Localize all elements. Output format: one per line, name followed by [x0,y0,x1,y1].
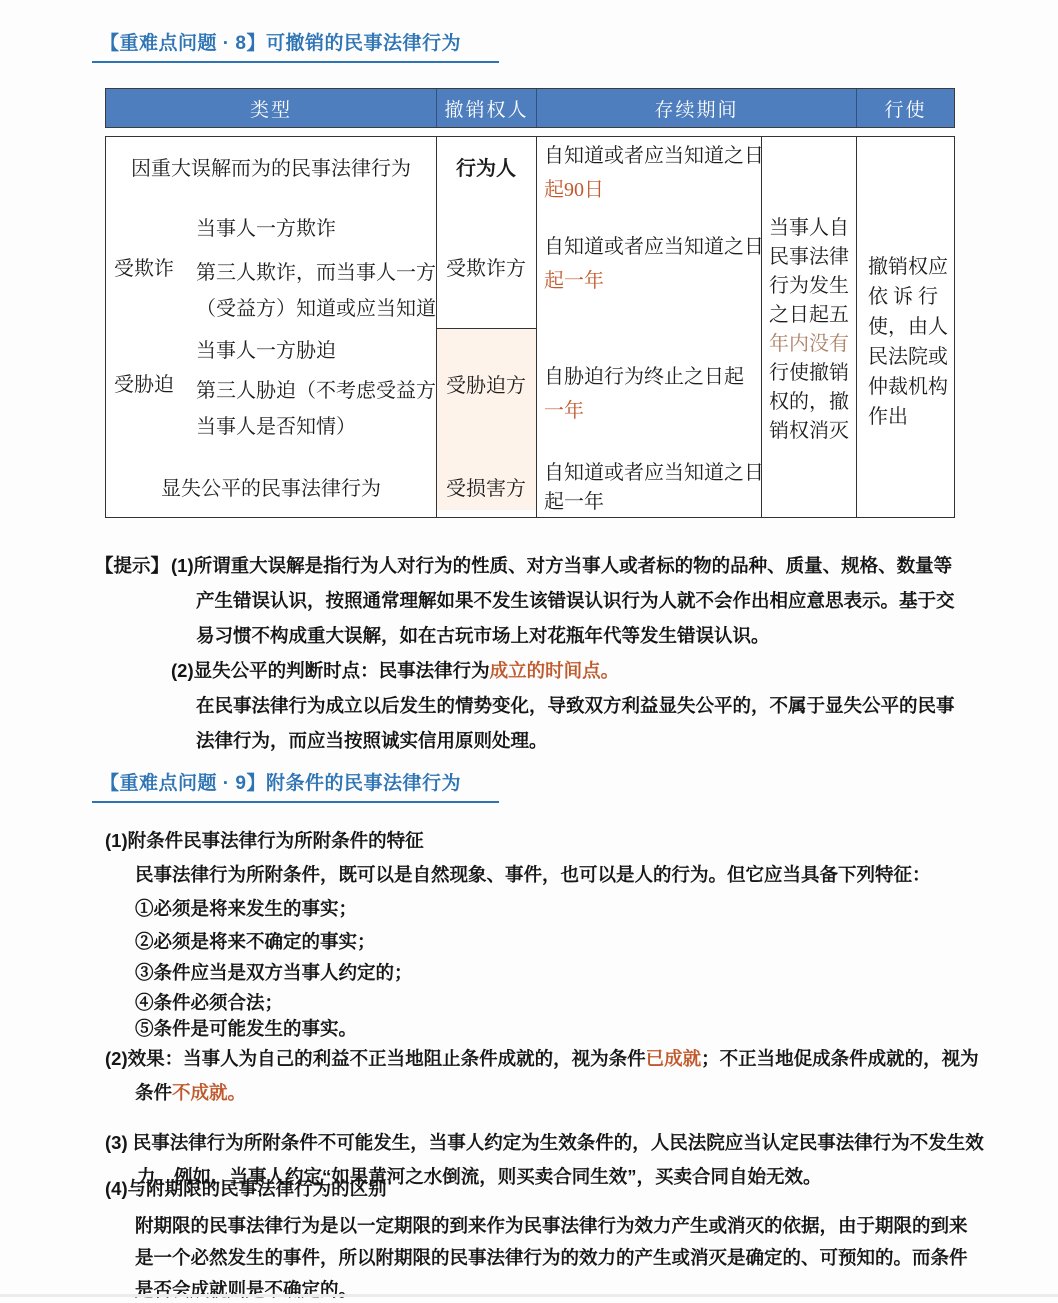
table-gridline [856,137,857,517]
cell-type-fraud-label: 受欺诈 [114,255,174,283]
cell-duration-unfair-line1: 自知道或者应当知道之日 [544,459,764,487]
cell-fraud-sub2-line1: 第三人欺诈，而当事人一方 [196,259,436,287]
cell-holder-coerced: 受胁迫方 [436,372,536,400]
cell-type-mistake: 因重大误解而为的民事法律行为 [106,155,436,183]
five-year-em: 年内没有 [769,333,849,355]
cell-duration-unfair-line2: 起一年 [544,488,604,516]
page-bottom-divider [0,1294,1058,1297]
tip-label: 【提示】 [95,548,171,758]
table-body: 因重大误解而为的民事法律行为 受欺诈 当事人一方欺诈 第三人欺诈，而当事人一方 … [105,136,955,518]
table-gridline [436,137,437,517]
cell-duration-coercion-line2: 一年 [544,397,584,425]
cell-fraud-sub2-line2: （受益方）知道或应当知道 [196,295,436,323]
table-header-duration: 存续期间 [536,89,856,127]
document-page: 【重难点问题 · 8】可撤销的民事法律行为 类型 撤销权人 存续期间 行使 因重… [0,0,1058,1303]
feature-item-5: ⑤条件是可能发生的事实。 [135,1016,357,1042]
effect-highlight-1: 已成就 [646,1048,702,1069]
effect-highlight-2: 不成就。 [172,1082,246,1103]
feature-item-2: ②必须是将来不确定的事实； [135,929,376,955]
table-header-type: 类型 [106,89,436,127]
effect-item: (2)效果：当事人为自己的利益不正当地阻止条件成就的，视为条件已成就；不正当地促… [105,1042,993,1110]
table-header-exercise: 行使 [856,89,954,127]
cell-holder-harmed: 受损害方 [436,475,536,503]
table-header-holder: 撤销权人 [436,89,536,127]
feature-item-4: ④条件必须合法； [135,990,283,1016]
section-9-heading: 【重难点问题 · 9】附条件的民事法律行为 [92,768,499,803]
cell-type-unfair: 显失公平的民事法律行为 [106,475,436,503]
cell-holder-actor: 行为人 [436,155,536,183]
tip-item-1: (1)所谓重大误解是指行为人对行为的性质、对方当事人或者标的物的品种、质量、规格… [171,548,963,653]
table-header-row: 类型 撤销权人 存续期间 行使 [105,88,955,128]
tip-item-2-text: (2)显失公平的判断时点：民事法律行为 [171,660,490,681]
effect-text-pre: (2)效果：当事人为自己的利益不正当地阻止条件成就的，视为条件 [105,1048,646,1069]
section-8-heading: 【重难点问题 · 8】可撤销的民事法律行为 [92,28,499,63]
conditions-features-intro: 民事法律行为所附条件，既可以是自然现象、事件，也可以是人的行为。但它应当具备下列… [135,862,931,888]
tip-content: (1)所谓重大误解是指行为人对行为的性质、对方当事人或者标的物的品种、质量、规格… [171,548,963,758]
table-gridline [436,328,537,329]
cell-duration-coercion-line1: 自胁迫行为终止之日起 [544,363,744,391]
cell-coercion-sub1: 当事人一方胁迫 [196,337,336,365]
cell-exercise-method: 撤销权应 依 诉 行 使，由人 民法院或 仲裁机构 作出 [868,252,954,432]
cell-holder-defrauded: 受欺诈方 [436,255,536,283]
time-limit-difference-para: 附期限的民事法律行为是以一定期限的到来作为民事法律行为效力产生或消灭的依据，由于… [135,1210,980,1303]
feature-item-3: ③条件应当是双方当事人约定的； [135,960,413,986]
table-gridline [536,137,537,517]
tip-item-2-highlight: 成立的时间点。 [490,660,620,681]
cell-type-coercion-label: 受胁迫 [114,371,174,399]
cell-duration-fraud-line1: 自知道或者应当知道之日 [544,233,764,261]
cell-duration-mistake-line1: 自知道或者应当知道之日 [544,142,764,170]
cell-coercion-sub2-line1: 第三人胁迫（不考虑受益方 [196,377,436,405]
five-year-post: 行使撤销权的，撤销权消灭 [769,362,849,442]
tip-block: 【提示】 (1)所谓重大误解是指行为人对行为的性质、对方当事人或者标的物的品种、… [95,548,963,758]
cell-fraud-sub1: 当事人一方欺诈 [196,215,336,243]
cell-duration-fraud-line2: 起一年 [544,267,604,295]
cell-duration-mistake-line2: 起90日 [544,176,604,204]
time-limit-difference-heading: (4)与附期限的民事法律行为的区别 [105,1176,387,1202]
revocable-acts-table: 类型 撤销权人 存续期间 行使 因重大误解而为的民事法律行为 受欺诈 当事人一方… [105,88,955,128]
cell-five-year-limit: 当事人自民事法律行为发生之日起五年内没有行使撤销权的，撤销权消灭 [769,214,853,446]
conditions-features-heading: (1)附条件民事法律行为所附条件的特征 [105,828,424,854]
cell-coercion-sub2-line2: 当事人是否知情） [196,413,356,441]
feature-item-1: ①必须是将来发生的事实； [135,896,357,922]
five-year-pre: 当事人自民事法律行为发生之日起五 [769,217,849,326]
tip-item-2-para: 在民事法律行为成立以后发生的情势变化，导致双方利益显失公平的，不属于显失公平的民… [196,688,963,758]
tip-item-2: (2)显失公平的判断时点：民事法律行为成立的时间点。 [171,653,963,688]
